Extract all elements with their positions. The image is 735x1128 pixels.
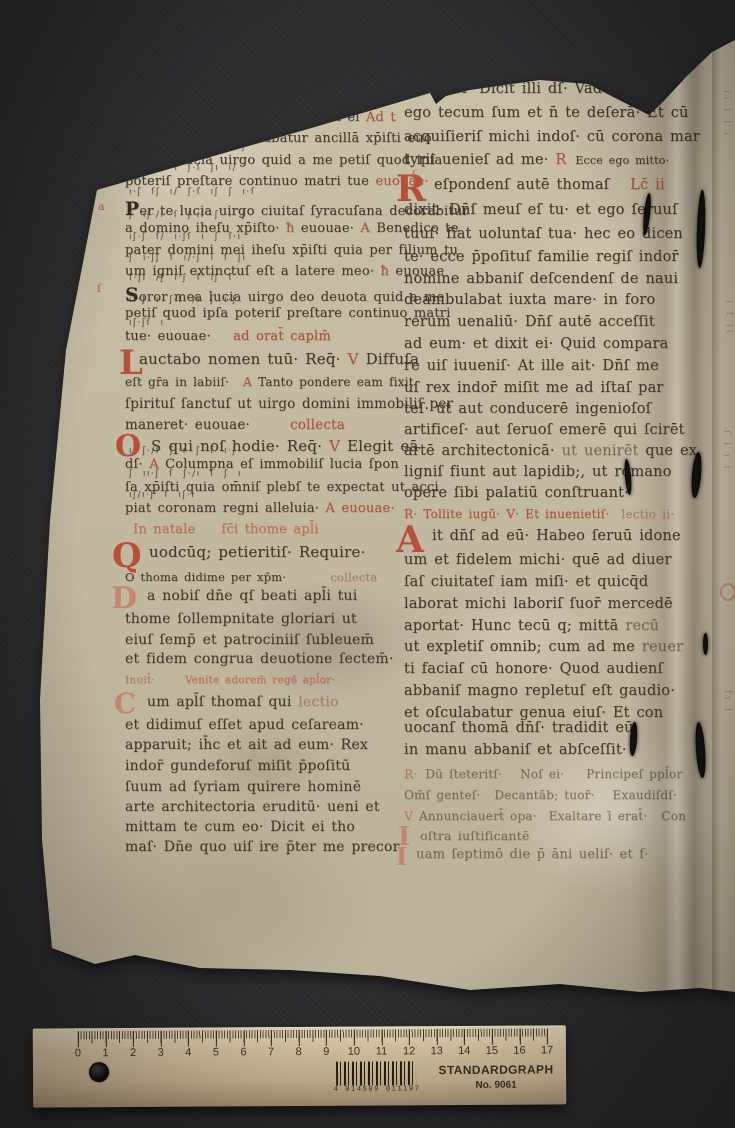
manuscript-text-segment: rerum uenaliū· Dn̄ſ autē acceſſit bbox=[404, 314, 655, 330]
manuscript-line: mittam te cum eo· Dicit ei tho bbox=[125, 819, 355, 835]
manuscript-line: a nobiſ dn̄e qſ beati apl̄i tui bbox=[147, 588, 357, 604]
manuscript-text-segment: um apl̄ſ thomaſ qui bbox=[147, 694, 298, 710]
manuscript-line: um apl̄ſ thomaſ qui lectio bbox=[147, 694, 339, 710]
manuscript-text-segment: uodcūq; petieritiſ· Require· bbox=[149, 543, 366, 561]
manuscript-line: ıʃ∕ı·ʃ ſ ıʃ·ıpiat coronam regni alleluia… bbox=[125, 501, 395, 516]
manuscript-text-segment: mittam te cum eo· Dicit ei tho bbox=[125, 819, 355, 835]
manuscript-text-segment: ad indoſ· Dicit illi dſ· Vado· quia bbox=[404, 81, 656, 97]
manuscript-line: te· ecce p̄poſituſ familie regiſ indor̄ bbox=[404, 249, 679, 265]
manuscript-line: abbaniſ magno repletuſ eſt gaudio· bbox=[404, 683, 675, 699]
manuscript-text-segment: oſtra iuſtificantē bbox=[420, 828, 529, 843]
manuscript-text-segment: ħ bbox=[286, 221, 301, 236]
manuscript-text-segment: Annunciauert̄ opa· bbox=[419, 809, 537, 823]
manuscript-text-segment: ut uenirēt bbox=[562, 443, 646, 459]
manuscript-text-segment: eiuſ ſemp̄ et patrociniiſ ſubleuem̄ bbox=[125, 632, 374, 648]
ruler-tick bbox=[133, 1031, 134, 1047]
manuscript-text-segment: dixit· Dn̄ſ meuſ eſ tu· et ego ſeruuſ bbox=[404, 202, 678, 218]
manuscript-line: acquiſieriſ michi indoſ· cū corona mar bbox=[404, 129, 700, 145]
manuscript-text-segment: maſ· Dn̄e quo uiſ ire p̄ter me precor bbox=[125, 839, 400, 855]
manuscript-text-segment: thome ſollempnitate gloriari ut bbox=[125, 611, 357, 627]
manuscript-line: ut expletiſ omnib; cum ad me reuer bbox=[404, 639, 683, 655]
manuscript-text-segment: Tanto pondere eam fixit bbox=[258, 375, 414, 389]
neume-notation: ʃ ıı·ʃ ſ ʃ·∕ı ſ ʃ ı bbox=[129, 469, 242, 479]
ruler-brand-label: STANDARDGRAPH bbox=[431, 1062, 561, 1077]
manuscript-text-segment: maneret· euouae· bbox=[125, 417, 250, 433]
manuscript-line: et fidem congrua deuotione ſectem̄· bbox=[125, 651, 393, 667]
facing-folio-red-initial-trace bbox=[720, 583, 735, 601]
manuscript-text-segment: ſc̄i thome apl̄i bbox=[221, 522, 318, 537]
manuscript-text-segment: recū bbox=[625, 618, 659, 634]
manuscript-text-segment: auctabo nomen tuū· Req̄· bbox=[139, 350, 348, 368]
manuscript-text-segment: eſpondenſ autē thomaſ bbox=[434, 177, 616, 193]
manuscript-text-segment: apparuit; ih̄c et ait ad eum· Rex bbox=[125, 737, 368, 753]
manuscript-text-segment: non commouebitur· bbox=[125, 88, 234, 100]
ruler-tick bbox=[409, 1029, 410, 1045]
ruler-number: 12 bbox=[403, 1045, 415, 1057]
manuscript-text-segment: Exaudiſdſ· bbox=[613, 788, 677, 802]
manuscript-text-segment: Om̄ſ genteſ· bbox=[404, 788, 480, 802]
ruler-halfcm-ticks bbox=[78, 1028, 548, 1043]
ruler-number: 2 bbox=[130, 1047, 136, 1059]
ruler-tick bbox=[519, 1029, 520, 1045]
manuscript-text-segment: et didimuſ eſſet apud ceſaream· bbox=[125, 717, 364, 733]
manuscript-text-segment: collecta bbox=[330, 570, 377, 584]
manuscript-line: ıſ·ʃ ı ʃ·ſ ∕ı ʃ ı·ʃpetiſ quod ipſa poter… bbox=[125, 306, 451, 321]
manuscript-line: O thoma didime per xp̄m·collecta bbox=[125, 570, 377, 584]
manuscript-text-segment: tuuſ· fiat uoluntaſ tua· hec eo dicen bbox=[404, 226, 683, 242]
manuscript-text-segment: uā te ſancta lucia apparuit ei bbox=[153, 110, 366, 125]
manuscript-text-segment: O thoma didime per xp̄m· bbox=[125, 570, 286, 584]
neume-notation: ı ʃ·∕ſ ʃı·ı ʃ ſ ı·ʃ bbox=[129, 446, 237, 456]
manuscript-line: ad eum· et dixit ei· Quid compara bbox=[404, 336, 669, 352]
manuscript-text-segment: te· ecce p̄poſituſ familie regiſ indor̄ bbox=[404, 249, 679, 265]
ruler-tick bbox=[326, 1030, 327, 1046]
manuscript-text-segment: A bbox=[243, 375, 258, 389]
ruler-model-label: No. 9061 bbox=[431, 1079, 561, 1091]
parchment-hole bbox=[703, 633, 708, 655]
ruler-number: 7 bbox=[268, 1046, 274, 1058]
rubric-margin-mark: a bbox=[98, 200, 105, 213]
neume-notation: ſ·ʃı ∕ʃ ı·ʃ ſ ıʃ ſ bbox=[129, 273, 233, 283]
neume-notation: ʃ·ıſ ʃ∕ ı ʃ·ſ ʃı ı∕ bbox=[129, 163, 237, 173]
manuscript-line: ʃ ıʃ∕ ı·ʃ ſ ʃ ı ʃ ſıuā te ſancta lucia a… bbox=[153, 110, 396, 125]
manuscript-line: laborat michi laboriſ ſuor̄ mercedē bbox=[404, 596, 673, 612]
ruler-tick bbox=[188, 1031, 189, 1047]
manuscript-line: aportat· Hunc tecū q; mittā recū bbox=[404, 618, 659, 634]
ruler-tick bbox=[381, 1029, 382, 1045]
manuscript-line: et didimuſ eſſet apud ceſaream· bbox=[125, 717, 364, 733]
neume-notation: ʃ ı·ʃʃ ſ ı∕·ʃ ı ſ ʃı bbox=[129, 253, 246, 263]
neume-notation: ʃ ıʃ∕ ı·ʃ ſ ʃ ı ʃ ſı bbox=[157, 99, 279, 109]
manuscript-line: eſt gr̄a in labiiſ· A Tanto pondere eam … bbox=[125, 375, 414, 389]
manuscript-text-segment: collecta bbox=[290, 417, 345, 433]
manuscript-line: artē architectonicā· ut uenirēt que ex bbox=[404, 443, 697, 459]
facing-folio-text-trace: ſı ſ l ı bbox=[721, 90, 731, 138]
manuscript-text-segment: uſ rex indor̄ miſit me ad iſtaſ par bbox=[404, 380, 664, 396]
ruler-number: 1 bbox=[102, 1047, 108, 1059]
barcode bbox=[336, 1061, 416, 1085]
facing-folio-text-trace: ı ſ lı bbox=[724, 300, 734, 336]
illuminated-initial: O bbox=[126, 104, 152, 134]
manuscript-line: nomine abbaniſ deſcendenſ de naui bbox=[404, 271, 678, 287]
illuminated-initial: R bbox=[396, 171, 426, 207]
manuscript-text-segment: A euouae· bbox=[325, 501, 394, 516]
ruler-number: 13 bbox=[431, 1045, 443, 1057]
manuscript-text-segment: ſaſ ciuitateſ iam miſi· et quicq̄d bbox=[404, 574, 648, 590]
manuscript-line: uocanſ thomā dn̄ſ· tradidit eū bbox=[404, 720, 634, 736]
manuscript-text-segment: laborat michi laboriſ ſuor̄ mercedē bbox=[404, 596, 673, 612]
manuscript-text-segment: abbaniſ magno repletuſ eſt gaudio· bbox=[404, 683, 675, 699]
barcode-digits: 4 014509 011197 bbox=[329, 1085, 425, 1094]
manuscript-text-segment: Principeſ ppl̄or bbox=[586, 767, 682, 781]
rubric-margin-mark: ſ bbox=[97, 282, 101, 295]
manuscript-line: ıʃı ∕·ʃ ſ ʃ ıʃ·ſ ı ʃuae· A Lucia uirgo q… bbox=[125, 153, 442, 168]
manuscript-text-segment: aportat· Hunc tecū q; mittā bbox=[404, 618, 625, 634]
manuscript-line: uam ſeptimō die p̄ āni ueliſ· et f· bbox=[416, 847, 649, 862]
manuscript-text-segment: V bbox=[348, 350, 366, 368]
manuscript-text-segment: V bbox=[329, 437, 347, 455]
manuscript-line: tuuſ· fiat uoluntaſ tua· hec eo dicen bbox=[404, 226, 683, 242]
manuscript-text-segment: Dū ſteteritſ· bbox=[425, 767, 502, 781]
ruler-tick bbox=[492, 1029, 493, 1045]
facing-folio-text-trace: ſı l bbox=[722, 690, 732, 714]
illuminated-initial: O bbox=[115, 432, 141, 462]
manuscript-text-segment: A bbox=[160, 153, 176, 168]
manuscript-text-segment: Inuit̄· bbox=[125, 674, 155, 686]
manuscript-line: oſtra iuſtificantē bbox=[420, 828, 529, 843]
manuscript-text-segment: Lc̄ ii bbox=[630, 177, 665, 193]
ruler-tick bbox=[105, 1031, 106, 1047]
ruler-tick bbox=[271, 1030, 272, 1046]
neume-notation: ıʃ∕ı·ʃ ſ ıʃ·ı bbox=[129, 490, 195, 500]
manuscript-text-segment: Decantāb; tuor̄· bbox=[494, 788, 594, 802]
ruler-number: 6 bbox=[240, 1046, 246, 1058]
manuscript-text-segment: euouae· bbox=[158, 329, 218, 344]
manuscript-line: maneret· euouae·collecta bbox=[125, 417, 345, 433]
manuscript-line: dixit· Dn̄ſ meuſ eſ tu· et ego ſeruuſ bbox=[404, 202, 678, 218]
manuscript-line: um et fidelem michi· quē ad diuer bbox=[404, 552, 672, 568]
manuscript-text-segment: beata agatha conſolabatur ancillā xp̄iſt… bbox=[125, 131, 432, 146]
manuscript-text-segment: que ex bbox=[645, 443, 697, 459]
ruler-number: 11 bbox=[376, 1045, 387, 1057]
manuscript-text-segment: ħ bbox=[381, 264, 396, 279]
ruler-tick bbox=[547, 1028, 548, 1044]
manuscript-text-segment: et fidem congrua deuotione ſectem̄· bbox=[125, 651, 393, 667]
manuscript-text-segment: R· bbox=[404, 767, 423, 781]
ruler-number: 3 bbox=[158, 1047, 164, 1059]
manuscript-text-segment: R bbox=[555, 152, 573, 168]
manuscript-text-segment: ego tecum ſum et n̄ te deſerā· Et cū bbox=[404, 105, 689, 121]
manuscript-text-segment: Noſ ei· bbox=[520, 767, 564, 781]
ruler-tick bbox=[354, 1030, 355, 1046]
manuscript-text-segment: euouae· bbox=[301, 221, 361, 236]
manuscript-line: et oſculabatur genua eiuſ· Et con bbox=[404, 705, 663, 721]
ruler-number: 17 bbox=[541, 1044, 553, 1056]
manuscript-text-segment: ſuum ad ſyriam quirere hominē bbox=[125, 779, 361, 795]
manuscript-line: apparuit; ih̄c et ait ad eum· Rex bbox=[125, 737, 368, 753]
neume-notation: ı ſı·ı ʃ∕ı ʃ bbox=[129, 77, 196, 87]
parchment-hole bbox=[696, 190, 707, 268]
ruler-tick bbox=[78, 1031, 79, 1047]
ruler: 01234567891011121314151617 4 014509 0111… bbox=[33, 1025, 566, 1107]
facing-folio-edge bbox=[712, 38, 735, 990]
manuscript-line: ſaſ ciuitateſ iam miſi· et quicq̄d bbox=[404, 574, 648, 590]
manuscript-line: In nataleſc̄i thome apl̄i bbox=[125, 522, 319, 537]
manuscript-line: ego tecum ſum et n̄ te deſerā· Et cū bbox=[404, 105, 689, 121]
facing-folio-text-trace: ſ l ı ſ bbox=[721, 430, 731, 472]
manuscript-line: ti faciaſ cū honore· Quod audienſ bbox=[404, 661, 663, 677]
neume-notation: ıſ·ʃ ı ʃ·ſ ∕ı ʃ ı·ʃ bbox=[129, 295, 237, 305]
manuscript-line: ligniſ fiunt aut lapidib;, ut romano bbox=[404, 464, 672, 480]
manuscript-line: Inuit̄·Venite adorem̄ regē apl̄or· bbox=[125, 674, 335, 686]
manuscript-line: rerum uenaliū· Dn̄ſ autē acceſſit bbox=[404, 314, 655, 330]
ruler-hole bbox=[89, 1062, 109, 1082]
manuscript-line: opere ſibi palatiū conſtruant· bbox=[404, 485, 629, 501]
manuscript-line: in manu abbaniſ et abſceſſit· bbox=[404, 742, 627, 758]
illuminated-initial: I bbox=[396, 845, 407, 869]
ruler-number: 15 bbox=[486, 1045, 498, 1057]
manuscript-text-segment: A bbox=[360, 221, 376, 236]
neume-notation: ı·ʃ ſʃ ı∕ ʃ·ſ ıʃ ʃ ı·ſ bbox=[129, 187, 255, 197]
manuscript-line: artificeſ· aut ſeruoſ emerē qui ſcirēt bbox=[404, 422, 685, 438]
manuscript-line: deambulabat iuxta mare· in foro bbox=[404, 292, 655, 308]
ruler-number: 14 bbox=[458, 1045, 470, 1057]
manuscript-line: eiuſ ſemp̄ et patrociniiſ ſubleuem̄ bbox=[125, 632, 374, 648]
manuscript-line: ıʃ ʃ·∕ʃı ʃ ſ ıı·ʃ ſbeata agatha conſolab… bbox=[125, 131, 432, 146]
manuscript-text-segment: piat coronam regni alleluia· bbox=[125, 501, 325, 516]
manuscript-text-segment: petiſ quod ipſa poteriſ preſtare continu… bbox=[125, 306, 451, 321]
ruler-number: 5 bbox=[213, 1046, 219, 1058]
manuscript-text-segment: Q dominuſ· bbox=[260, 88, 323, 100]
manuscript-line: arte architectoria eruditū· ueni et bbox=[125, 799, 380, 815]
manuscript-line: R· Tollite iugū· V· Et inuenietiſ· lecti… bbox=[404, 507, 674, 521]
manuscript-text-segment: Ecce ego mitto· bbox=[575, 154, 669, 167]
manuscript-text-segment: Con bbox=[661, 809, 686, 823]
manuscript-line: indor̄ gundeforuſ miſit p̄poſitū bbox=[125, 758, 350, 774]
manuscript-text-segment: opere ſibi palatiū conſtruant· bbox=[404, 485, 629, 501]
manuscript-text-segment: it dn̄ſ ad eū· Habeo ſeruū idone bbox=[432, 528, 681, 544]
ruler-tick bbox=[299, 1030, 300, 1046]
manuscript-text-segment: tyrii uenieſ ad me· bbox=[404, 152, 555, 168]
manuscript-line: R· Dū ſteteritſ·Noſ ei·Principeſ ppl̄or bbox=[404, 767, 682, 781]
manuscript-text-segment: tue· bbox=[125, 329, 158, 344]
manuscript-text-segment: artificeſ· aut ſeruoſ emerē qui ſcirēt bbox=[404, 422, 685, 438]
manuscript-line: maſ· Dn̄e quo uiſ ire p̄ter me precor bbox=[125, 839, 400, 855]
rubric-margin-mark: ſ bbox=[412, 168, 416, 181]
manuscript-text-segment: ligniſ fiunt aut lapidib;, ut romano bbox=[404, 464, 672, 480]
manuscript-line: re uiſ iuueniſ· At ille ait· Dn̄ſ me bbox=[404, 358, 659, 374]
manuscript-text-segment: nomine abbaniſ deſcendenſ de naui bbox=[404, 271, 678, 287]
neume-notation: ıʃ·ʃſ ı bbox=[129, 318, 164, 328]
ruler-scale: 01234567891011121314151617 bbox=[33, 1025, 566, 1062]
manuscript-line: teſ· ut aut conducerē ingenioſoſ bbox=[404, 401, 651, 417]
manuscript-text-segment: lectio bbox=[298, 694, 338, 710]
manuscript-text-segment: re uiſ iuueniſ· At ille ait· Dn̄ſ me bbox=[404, 358, 659, 374]
neume-notation: ıʃ ʃ·∕ʃı ʃ ſ ıı·ʃ ſ bbox=[129, 120, 237, 130]
manuscript-text-segment: uae· bbox=[125, 153, 160, 168]
manuscript-line: eſpondenſ autē thomaſ Lc̄ ii bbox=[434, 177, 665, 193]
rubric-margin-mark: a bbox=[102, 114, 109, 127]
manuscript-line: it dn̄ſ ad eū· Habeo ſeruū idone bbox=[432, 528, 681, 544]
manuscript-line: V Annunciauert̄ opa·Exaltare ī erat̄·Con bbox=[404, 809, 686, 823]
manuscript-text-segment: arte architectoria eruditū· ueni et bbox=[125, 799, 380, 815]
manuscript-line: ı ſı·ı ʃ∕ı ʃnon commouebitur·Q dominuſ· bbox=[125, 88, 323, 100]
manuscript-text-segment: Ad t bbox=[366, 110, 396, 125]
manuscript-text-segment: uocanſ thomā dn̄ſ· tradidit eū bbox=[404, 720, 634, 736]
ruler-tick bbox=[464, 1029, 465, 1045]
manuscript-text-segment: reuer bbox=[642, 639, 683, 655]
manuscript-text-segment: ut expletiſ omnib; cum ad me bbox=[404, 639, 642, 655]
manuscript-text-segment: in manu abbaniſ et abſceſſit· bbox=[404, 742, 627, 758]
manuscript-text-segment: ti faciaſ cū honore· Quod audienſ bbox=[404, 661, 663, 677]
manuscript-text-segment: lectio ii· bbox=[621, 507, 674, 521]
illuminated-initial: C bbox=[114, 690, 136, 718]
manuscript-text-segment: Venite adorem̄ regē apl̄or· bbox=[185, 674, 335, 686]
parchment-page: ı ſı·ı ʃ∕ı ʃnon commouebitur·Q dominuſ·ʃ… bbox=[0, 0, 735, 1128]
illuminated-initial: D bbox=[111, 584, 137, 614]
ruler-number: 8 bbox=[296, 1046, 302, 1058]
manuscript-text-segment: um et fidelem michi· quē ad diuer bbox=[404, 552, 672, 568]
manuscript-text-segment: acquiſieriſ michi indoſ· cū corona mar bbox=[404, 129, 700, 145]
ruler-tick bbox=[216, 1031, 217, 1047]
manuscript-line: ſuum ad ſyriam quirere hominē bbox=[125, 779, 361, 795]
neume-notation: ıʃ·ʃ ſ∕ ı·ʃſ ı ʃ ſ·ı bbox=[129, 232, 242, 242]
manuscript-text-segment: indor̄ gundeforuſ miſit p̄poſitū bbox=[125, 758, 350, 774]
manuscript-text-segment: V bbox=[404, 809, 419, 823]
photo-background: ı ſı·ı ʃ∕ı ʃnon commouebitur·Q dominuſ·ʃ… bbox=[0, 0, 735, 1128]
illuminated-initial: A bbox=[396, 522, 424, 558]
manuscript-text-segment: uam ſeptimō die p̄ āni ueliſ· et f· bbox=[416, 847, 649, 862]
manuscript-text-segment: a nobiſ dn̄e qſ beati apl̄i tui bbox=[147, 588, 357, 604]
ruler-number: 16 bbox=[513, 1045, 525, 1057]
ruler-number: 4 bbox=[185, 1047, 191, 1059]
manuscript-text-segment: artē architectonicā· bbox=[404, 443, 562, 459]
ruler-tick bbox=[161, 1031, 162, 1047]
illuminated-initial: L bbox=[119, 346, 143, 380]
manuscript-line: thome ſollempnitate gloriari ut bbox=[125, 611, 357, 627]
manuscript-text-segment: et oſculabatur genua eiuſ· Et con bbox=[404, 705, 663, 721]
manuscript-text-segment: ad orat̄ caplm̄ bbox=[233, 329, 331, 344]
manuscript-line: tyrii uenieſ ad me· R Ecce ego mitto· bbox=[404, 152, 669, 168]
manuscript-text-segment: ad eum· et dixit ei· Quid compara bbox=[404, 336, 669, 352]
ruler-number: 9 bbox=[323, 1046, 329, 1058]
manuscript-line: uſ rex indor̄ miſit me ad iſtaſ par bbox=[404, 380, 664, 396]
manuscript-text-segment: deambulabat iuxta mare· in foro bbox=[404, 292, 655, 308]
manuscript-line: Om̄ſ genteſ·Decantāb; tuor̄·Exaudiſdſ· bbox=[404, 788, 677, 802]
parchment-hole bbox=[694, 722, 707, 778]
manuscript-text-segment: teſ· ut aut conducerē ingenioſoſ bbox=[404, 401, 651, 417]
ruler-tick bbox=[243, 1030, 244, 1046]
manuscript-line: uodcūq; petieritiſ· Require· bbox=[149, 543, 366, 561]
ruler-number: 10 bbox=[348, 1046, 360, 1058]
illuminated-initial: Q bbox=[112, 539, 142, 573]
neume-notation: ʃ ıʃ·∕ı ſ ʃ·ıſ ʃ ı ʃ bbox=[129, 210, 246, 220]
neume-notation: ıʃı ∕·ʃ ſ ʃ ıʃ·ſ ı ʃ bbox=[129, 142, 246, 152]
ruler-tick bbox=[437, 1029, 438, 1045]
manuscript-line: ad indoſ· Dicit illi dſ· Vado· quia bbox=[404, 81, 656, 97]
ruler-number: 0 bbox=[75, 1047, 81, 1059]
manuscript-text-segment: In natale bbox=[133, 522, 195, 537]
manuscript-text-segment: Exaltare ī erat̄· bbox=[549, 809, 648, 823]
manuscript-folio: ı ſı·ı ʃ∕ı ʃnon commouebitur·Q dominuſ·ʃ… bbox=[0, 0, 735, 1128]
manuscript-line: ıʃ·ʃſ ıtue· euouae· ad orat̄ caplm̄ bbox=[125, 329, 331, 344]
manuscript-text-segment: V· Et inuenietiſ· bbox=[506, 507, 615, 521]
manuscript-line: auctabo nomen tuū· Req̄· V Diffuſa bbox=[139, 350, 419, 368]
